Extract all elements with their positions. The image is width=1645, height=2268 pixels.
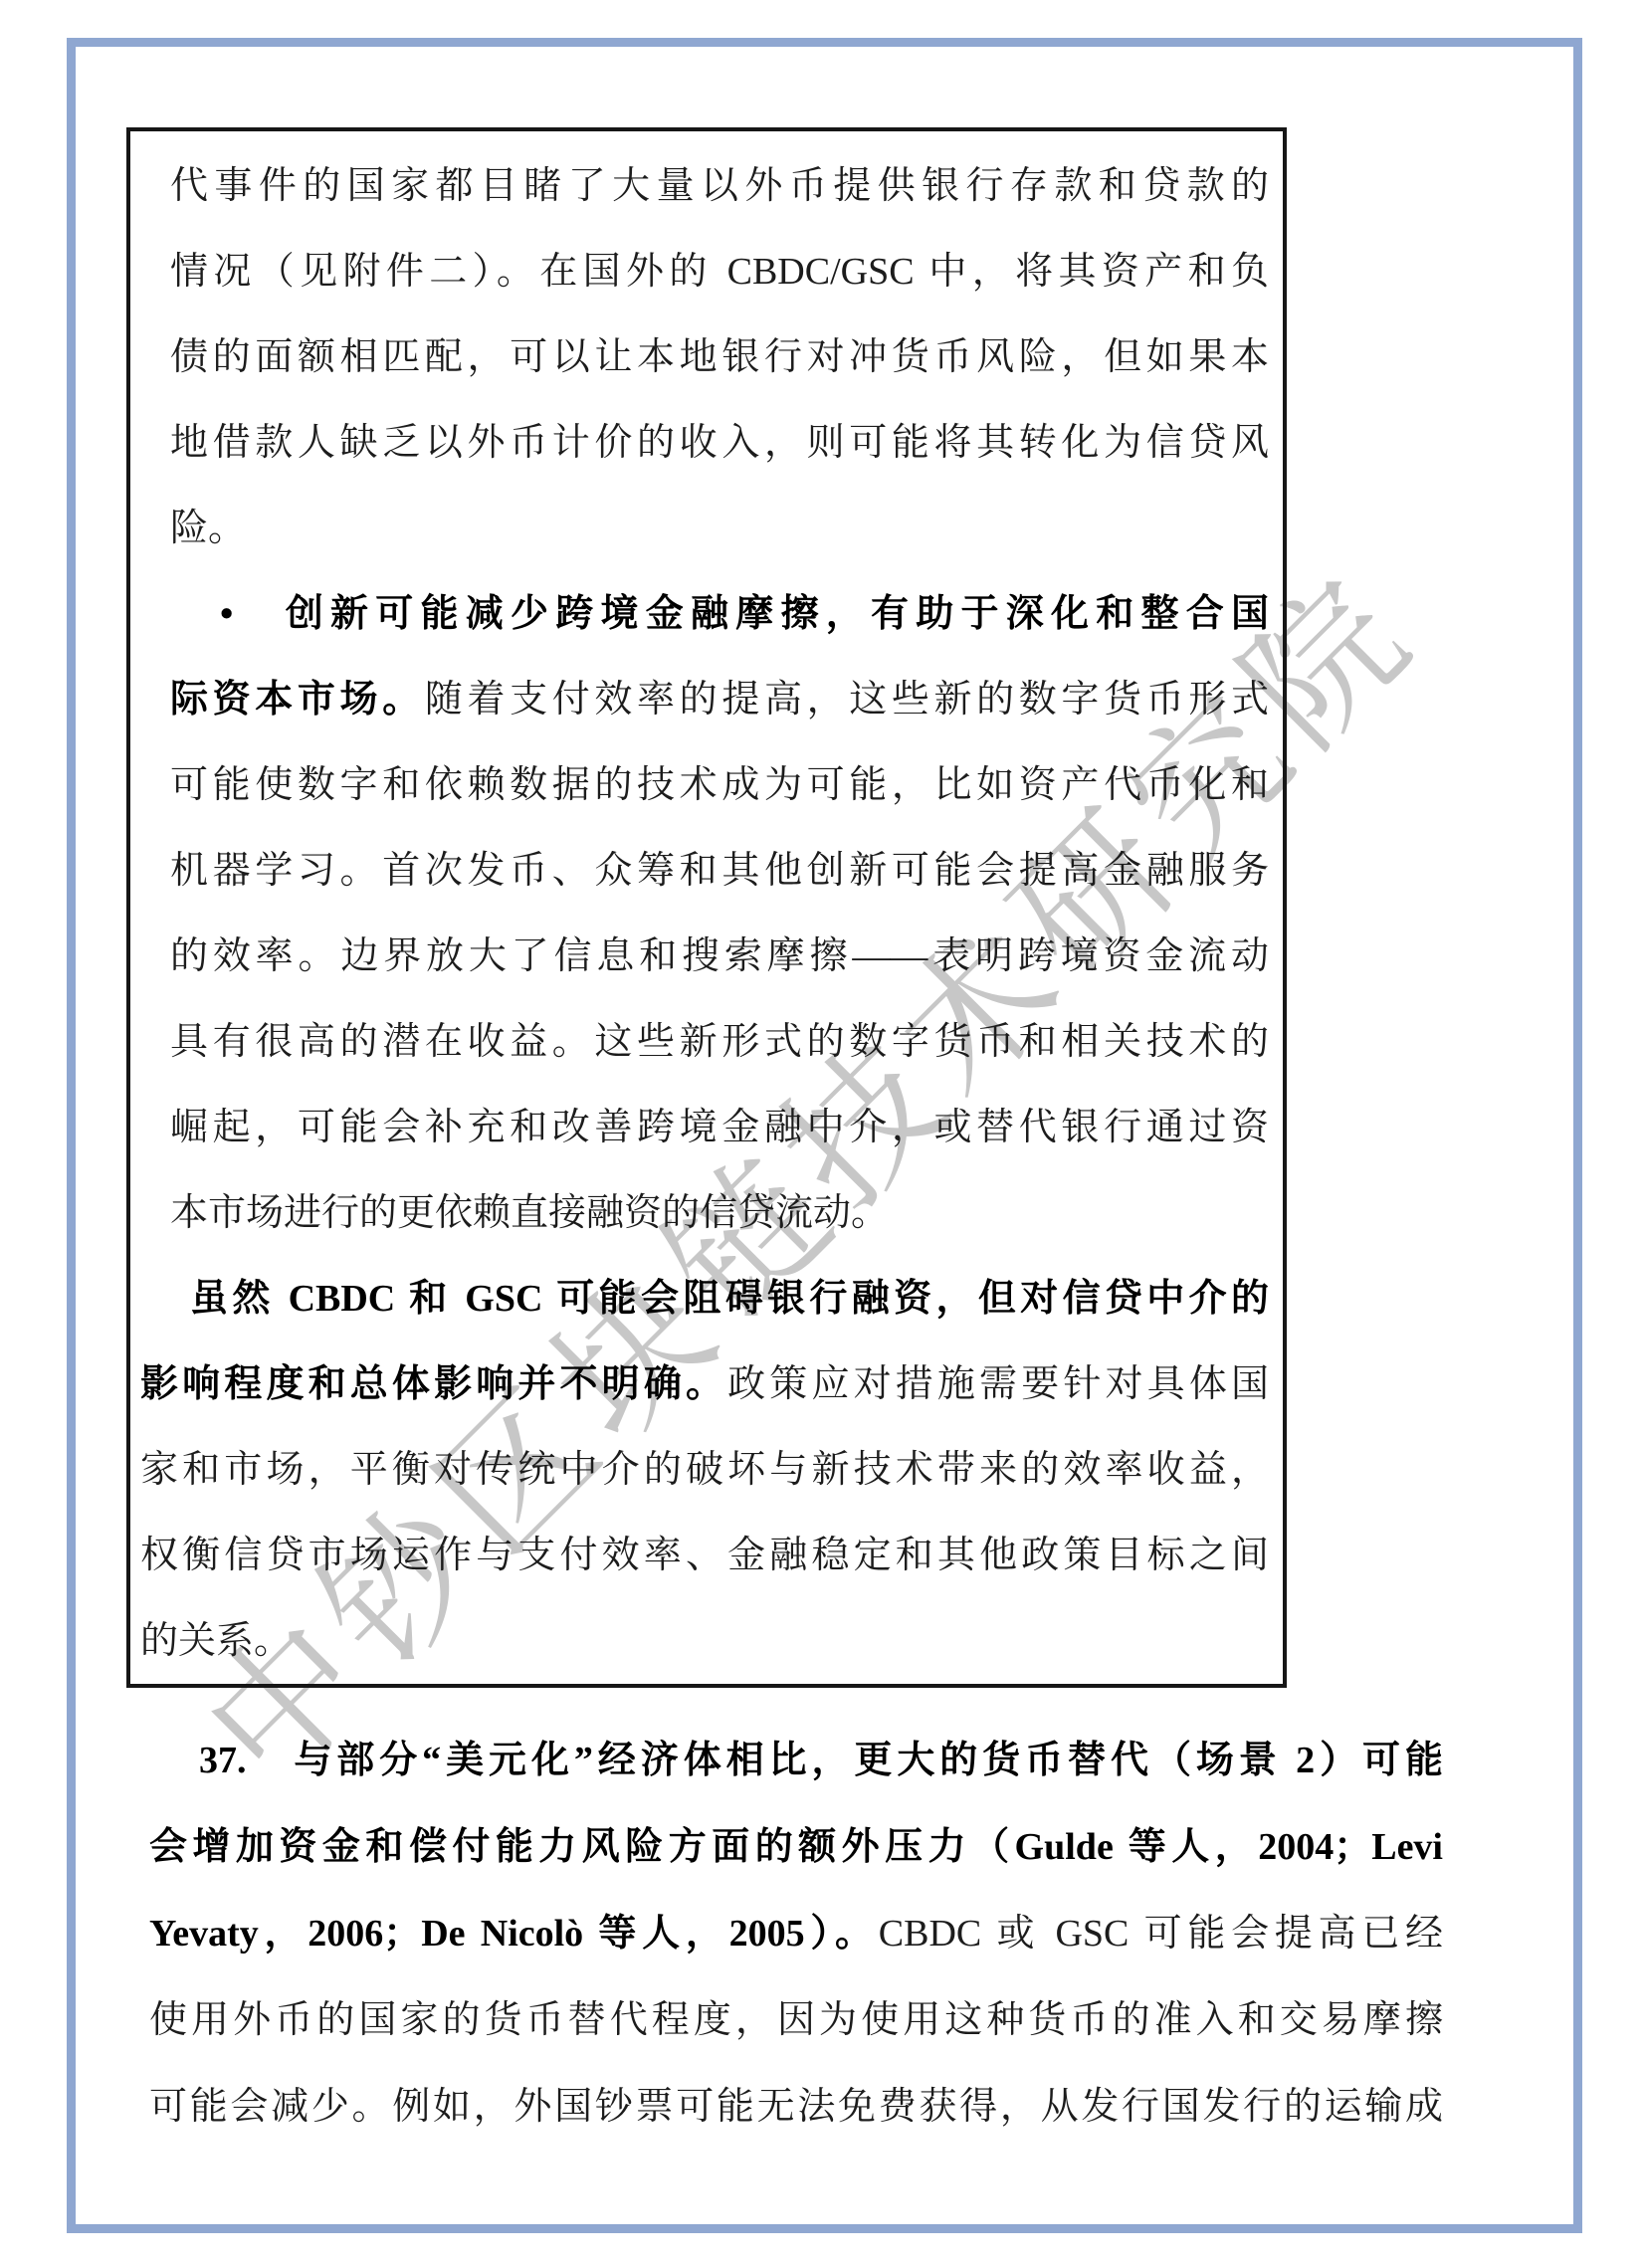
text-line: 具有很高的潜在收益。这些新形式的数字货币和相关技术的 bbox=[170, 999, 1269, 1085]
text-segment: 的关系。 bbox=[140, 1620, 292, 1662]
text-segment: 险。 bbox=[170, 508, 246, 549]
boxed-text-frame: 代事件的国家都目睹了大量以外币提供银行存款和贷款的情况（见附件二）。在国外的 C… bbox=[126, 127, 1287, 1688]
text-line: 本市场进行的更依赖直接融资的信贷流动。 bbox=[170, 1170, 1269, 1256]
text-segment: 可能使数字和依赖数据的技术成为可能，比如资产代币化和 bbox=[170, 764, 1269, 806]
text-segment: 影响程度和总体影响并不明确。 bbox=[140, 1363, 727, 1405]
text-segment: 虽然 CBDC 和 GSC 可能会阻碍银行融资，但对信贷中介的 bbox=[190, 1278, 1269, 1320]
text-segment: 情况（见附件二）。在国外的 CBDC/GSC 中，将其资产和负 bbox=[170, 251, 1269, 293]
text-segment: 政策应对措施需要针对具体国 bbox=[727, 1363, 1269, 1405]
text-line: 37. 与部分“美元化”经济体相比，更大的货币替代（场景 2）可能 bbox=[149, 1718, 1443, 1804]
text-segment: 会增加资金和偿付能力风险方面的额外压力（Gulde 等人，2004；Levi bbox=[149, 1826, 1443, 1868]
text-line: 代事件的国家都目睹了大量以外币提供银行存款和贷款的 bbox=[170, 143, 1269, 229]
text-segment: 37. bbox=[199, 1740, 294, 1781]
text-line: 会增加资金和偿付能力风险方面的额外压力（Gulde 等人，2004；Levi bbox=[149, 1804, 1443, 1891]
text-line: 家和市场，平衡对传统中介的破坏与新技术带来的效率收益， bbox=[140, 1427, 1269, 1513]
text-line: 虽然 CBDC 和 GSC 可能会阻碍银行融资，但对信贷中介的 bbox=[140, 1256, 1269, 1341]
text-line: 可能使数字和依赖数据的技术成为可能，比如资产代币化和 bbox=[170, 742, 1269, 828]
text-segment: 家和市场，平衡对传统中介的破坏与新技术带来的效率收益， bbox=[140, 1449, 1269, 1491]
text-segment: 使用外币的国家的货币替代程度，因为使用这种货币的准入和交易摩擦 bbox=[149, 1999, 1443, 2041]
text-segment: 机器学习。首次发币、众筹和其他创新可能会提高金融服务 bbox=[170, 850, 1269, 892]
text-segment: 地借款人缺乏以外币计价的收入，则可能将其转化为信贷风 bbox=[170, 422, 1269, 464]
text-line: 的关系。 bbox=[140, 1598, 1269, 1684]
text-segment: 可能会减少。例如，外国钞票可能无法免费获得，从发行国发行的运输成 bbox=[149, 2086, 1443, 2128]
text-segment: 本市场进行的更依赖直接融资的信贷流动。 bbox=[170, 1192, 889, 1234]
text-line: 地借款人缺乏以外币计价的收入，则可能将其转化为信贷风 bbox=[170, 400, 1269, 486]
text-line: 权衡信贷市场运作与支付效率、金融稳定和其他政策目标之间 bbox=[140, 1513, 1269, 1598]
text-segment: 创新可能减少跨境金融摩擦，有助于深化和整合国 bbox=[286, 593, 1269, 635]
text-line: • 创新可能减少跨境金融摩擦，有助于深化和整合国 bbox=[170, 571, 1269, 657]
text-line: 际资本市场。随着支付效率的提高，这些新的数字货币形式 bbox=[170, 657, 1269, 742]
text-segment: CBDC 或 GSC 可能会提高已经 bbox=[879, 1913, 1443, 1955]
text-segment: 际资本市场。 bbox=[170, 679, 425, 721]
text-segment: 的效率。边界放大了信息和搜索摩擦——表明跨境资金流动 bbox=[170, 935, 1269, 977]
text-segment: 债的面额相匹配，可以让本地银行对冲货币风险，但如果本 bbox=[170, 336, 1269, 378]
text-segment: 权衡信贷市场运作与支付效率、金融稳定和其他政策目标之间 bbox=[140, 1535, 1269, 1576]
text-segment: 随着支付效率的提高，这些新的数字货币形式 bbox=[425, 679, 1269, 721]
text-line: 影响程度和总体影响并不明确。政策应对措施需要针对具体国 bbox=[140, 1341, 1269, 1427]
text-segment: 代事件的国家都目睹了大量以外币提供银行存款和贷款的 bbox=[170, 165, 1269, 207]
text-segment: 与部分“美元化”经济体相比，更大的货币替代（场景 2）可能 bbox=[294, 1740, 1443, 1781]
text-line: 情况（见附件二）。在国外的 CBDC/GSC 中，将其资产和负 bbox=[170, 229, 1269, 314]
text-line: 可能会减少。例如，外国钞票可能无法免费获得，从发行国发行的运输成 bbox=[149, 2064, 1443, 2151]
boxed-text: 代事件的国家都目睹了大量以外币提供银行存款和贷款的情况（见附件二）。在国外的 C… bbox=[140, 143, 1269, 1684]
text-line: 崛起，可能会补充和改善跨境金融中介，或替代银行通过资 bbox=[170, 1085, 1269, 1170]
paragraph-37: 37. 与部分“美元化”经济体相比，更大的货币替代（场景 2）可能会增加资金和偿… bbox=[149, 1718, 1443, 2151]
text-segment: 崛起，可能会补充和改善跨境金融中介，或替代银行通过资 bbox=[170, 1107, 1269, 1148]
text-segment: • bbox=[220, 593, 286, 635]
text-line: 使用外币的国家的货币替代程度，因为使用这种货币的准入和交易摩擦 bbox=[149, 1977, 1443, 2064]
text-line: 债的面额相匹配，可以让本地银行对冲货币风险，但如果本 bbox=[170, 314, 1269, 400]
text-line: 的效率。边界放大了信息和搜索摩擦——表明跨境资金流动 bbox=[170, 914, 1269, 999]
text-line: 机器学习。首次发币、众筹和其他创新可能会提高金融服务 bbox=[170, 828, 1269, 914]
text-line: Yevaty，2006；De Nicolò 等人，2005）。CBDC 或 GS… bbox=[149, 1891, 1443, 1977]
text-line: 险。 bbox=[170, 486, 1269, 571]
text-segment: Yevaty，2006；De Nicolò 等人，2005）。 bbox=[149, 1913, 879, 1955]
text-segment: 具有很高的潜在收益。这些新形式的数字货币和相关技术的 bbox=[170, 1021, 1269, 1063]
